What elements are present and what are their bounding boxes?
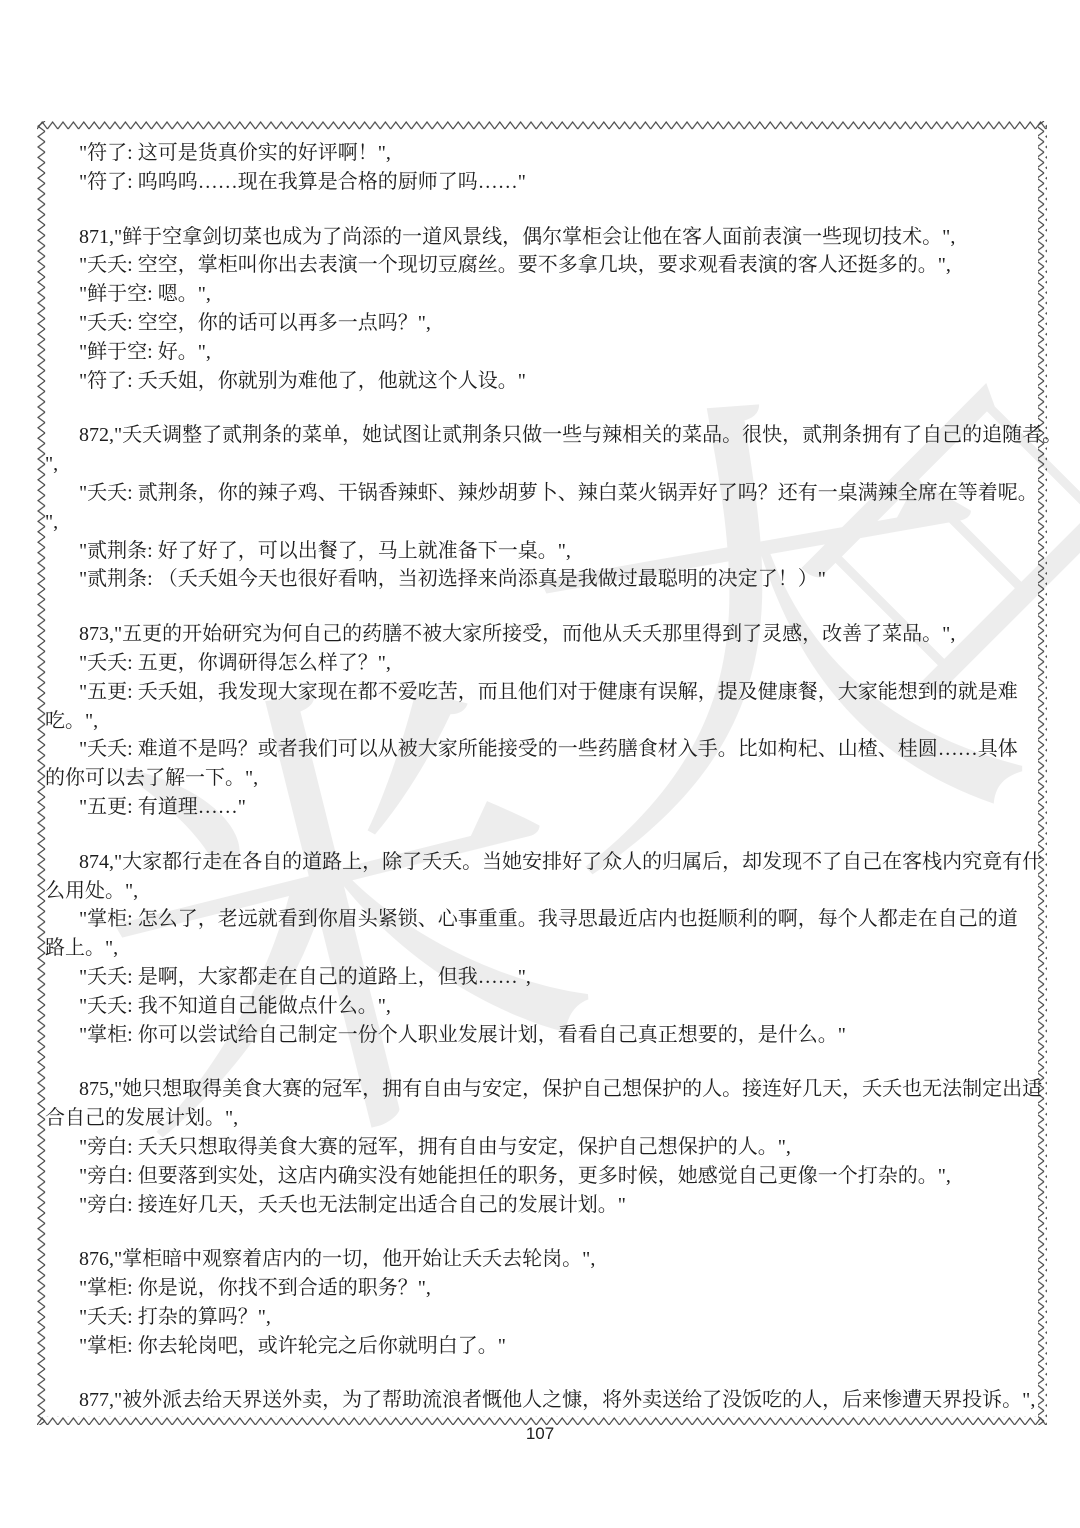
text-line: "夭夭: 空空，掌柜叫你出去表演一个现切豆腐丝。要不多拿几块，要求观看表演的客人… (45, 251, 1042, 280)
text-line: 的你可以去了解一下。", (45, 764, 1042, 793)
text-line: "夭夭: 难道不是吗？或者我们可以从被大家所能接受的一些药膳食材入手。比如枸杞、… (45, 735, 1042, 764)
document-body: "符了: 这可是货真价实的好评啊！","符了: 呜呜呜……现在我算是合格的厨师了… (45, 139, 1042, 1415)
script-section: 873,"五更的开始研究为何自己的药膳不被大家所接受，而他从夭夭那里得到了灵感，… (45, 620, 1042, 822)
script-section: 871,"鲜于空拿剑切菜也成为了尚添的一道风景线，偶尔掌柜会让他在客人面前表演一… (45, 223, 1042, 396)
text-line: "掌柜: 怎么了，老远就看到你眉头紧锁、心事重重。我寻思最近店内也挺顺利的啊，每… (45, 905, 1042, 934)
text-line: "夭夭: 打杂的算吗？", (45, 1303, 1042, 1332)
script-section: 877,"被外派去给天界送外卖，为了帮助流浪者慨他人之慷，将外卖送给了没饭吃的人… (45, 1386, 1042, 1415)
text-line: "掌柜: 你去轮岗吧，或许轮完之后你就明白了。" (45, 1332, 1042, 1361)
text-line: ", (45, 450, 1042, 479)
text-line: "鲜于空: 嗯。", (45, 280, 1042, 309)
script-section: 872,"夭夭调整了贰荆条的菜单，她试图让贰荆条只做一些与辣相关的菜品。很快，贰… (45, 421, 1042, 594)
text-line: "符了: 这可是货真价实的好评啊！", (45, 139, 1042, 168)
text-line: 877,"被外派去给天界送外卖，为了帮助流浪者慨他人之慷，将外卖送给了没饭吃的人… (45, 1386, 1042, 1415)
text-line: 872,"夭夭调整了贰荆条的菜单，她试图让贰荆条只做一些与辣相关的菜品。很快，贰… (45, 421, 1042, 450)
text-line: 876,"掌柜暗中观察着店内的一切，他开始让夭夭去轮岗。", (45, 1245, 1042, 1274)
text-line: "旁白: 接连好几天，夭夭也无法制定出适合自己的发展计划。" (45, 1191, 1042, 1220)
text-line: "鲜于空: 好。", (45, 338, 1042, 367)
text-line: 合自己的发展计划。", (45, 1104, 1042, 1133)
text-line: "符了: 呜呜呜……现在我算是合格的厨师了吗……" (45, 168, 1042, 197)
text-line: "夭夭: 五更，你调研得怎么样了？", (45, 649, 1042, 678)
text-line: 路上。", (45, 934, 1042, 963)
text-line: "夭夭: 是啊，大家都走在自己的道路上，但我……", (45, 963, 1042, 992)
script-section: 875,"她只想取得美食大赛的冠军，拥有自由与安定，保护自己想保护的人。接连好几… (45, 1075, 1042, 1219)
text-line: "旁白: 但要落到实处，这店内确实没有她能担任的职务，更多时候，她感觉自己更像一… (45, 1162, 1042, 1191)
text-line: "旁白: 夭夭只想取得美食大赛的冠军，拥有自由与安定，保护自己想保护的人。", (45, 1133, 1042, 1162)
text-line: "贰荆条: （夭夭姐今天也很好看呐，当初选择来尚添真是我做过最聪明的决定了！）" (45, 565, 1042, 594)
text-line: 吃。", (45, 707, 1042, 736)
text-line: 873,"五更的开始研究为何自己的药膳不被大家所接受，而他从夭夭那里得到了灵感，… (45, 620, 1042, 649)
page-number: 107 (0, 1424, 1080, 1444)
script-section: 874,"大家都行走在各自的道路上，除了夭夭。当她安排好了众人的归属后，却发现不… (45, 848, 1042, 1050)
text-line: 么用处。", (45, 877, 1042, 906)
script-section: 876,"掌柜暗中观察着店内的一切，他开始让夭夭去轮岗。","掌柜: 你是说，你… (45, 1245, 1042, 1360)
text-line: "夭夭: 我不知道自己能做点什么。", (45, 992, 1042, 1021)
text-line: "夭夭: 贰荆条，你的辣子鸡、干锅香辣虾、辣炒胡萝卜、辣白菜火锅弄好了吗？还有一… (45, 479, 1042, 508)
text-line: "符了: 夭夭姐，你就别为难他了，他就这个人设。" (45, 367, 1042, 396)
text-line: "贰荆条: 好了好了，可以出餐了，马上就准备下一桌。", (45, 537, 1042, 566)
document-page: 米 大 日 "符了: 这可是货真价实的好评啊！","符了: 呜呜呜……现在我算是… (0, 0, 1080, 1528)
text-line: "掌柜: 你是说，你找不到合适的职务？", (45, 1274, 1042, 1303)
text-line: "五更: 夭夭姐，我发现大家现在都不爱吃苦，而且他们对于健康有误解，提及健康餐，… (45, 678, 1042, 707)
text-line: "掌柜: 你可以尝试给自己制定一份个人职业发展计划，看看自己真正想要的，是什么。… (45, 1021, 1042, 1050)
text-line: 874,"大家都行走在各自的道路上，除了夭夭。当她安排好了众人的归属后，却发现不… (45, 848, 1042, 877)
text-line: 875,"她只想取得美食大赛的冠军，拥有自由与安定，保护自己想保护的人。接连好几… (45, 1075, 1042, 1104)
script-section: "符了: 这可是货真价实的好评啊！","符了: 呜呜呜……现在我算是合格的厨师了… (45, 139, 1042, 197)
text-line: 871,"鲜于空拿剑切菜也成为了尚添的一道风景线，偶尔掌柜会让他在客人面前表演一… (45, 223, 1042, 252)
text-line: ", (45, 508, 1042, 537)
text-line: "五更: 有道理……" (45, 793, 1042, 822)
text-line: "夭夭: 空空，你的话可以再多一点吗？", (45, 309, 1042, 338)
